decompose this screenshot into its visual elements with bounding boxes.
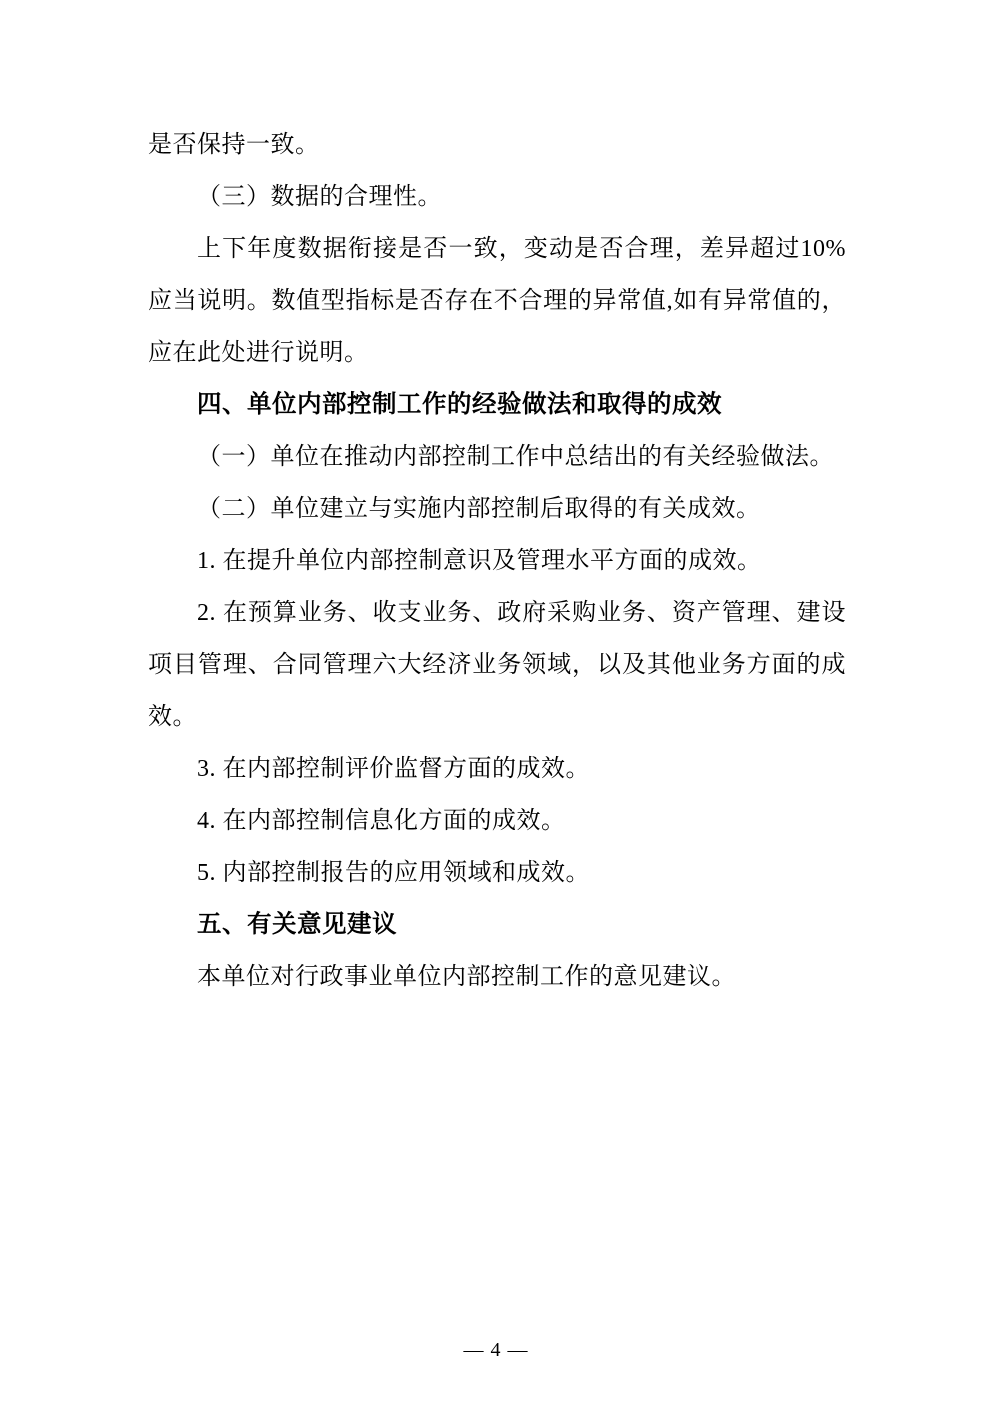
text-line: （三）数据的合理性。 (148, 171, 846, 223)
text-line: 是否保持一致。 (148, 119, 846, 171)
text-line: 项目管理、合同管理六大经济业务领域，以及其他业务方面的成 (148, 639, 846, 691)
document-page: 是否保持一致。（三）数据的合理性。上下年度数据衔接是否一致，变动是否合理，差异超… (0, 0, 992, 1403)
text-line: （一）单位在推动内部控制工作中总结出的有关经验做法。 (148, 431, 846, 483)
text-line: 上下年度数据衔接是否一致，变动是否合理，差异超过10% (148, 223, 846, 275)
text-line: 1. 在提升单位内部控制意识及管理水平方面的成效。 (148, 535, 846, 587)
text-line: 4. 在内部控制信息化方面的成效。 (148, 795, 846, 847)
text-line: 本单位对行政事业单位内部控制工作的意见建议。 (148, 951, 846, 1003)
text-line: 应当说明。数值型指标是否存在不合理的异常值,如有异常值的， (148, 275, 846, 327)
text-line: 应在此处进行说明。 (148, 327, 846, 379)
page-footer: — 4 — (0, 1338, 992, 1362)
page-number: — 4 — (464, 1339, 529, 1361)
text-line: 3. 在内部控制评价监督方面的成效。 (148, 743, 846, 795)
section-heading: 四、单位内部控制工作的经验做法和取得的成效 (148, 379, 846, 431)
text-line: 2. 在预算业务、收支业务、政府采购业务、资产管理、建设 (148, 587, 846, 639)
text-line: 5. 内部控制报告的应用领域和成效。 (148, 847, 846, 899)
text-line: （二）单位建立与实施内部控制后取得的有关成效。 (148, 483, 846, 535)
document-text-block: 是否保持一致。（三）数据的合理性。上下年度数据衔接是否一致，变动是否合理，差异超… (148, 119, 846, 1003)
section-heading: 五、有关意见建议 (148, 899, 846, 951)
text-line: 效。 (148, 691, 846, 743)
